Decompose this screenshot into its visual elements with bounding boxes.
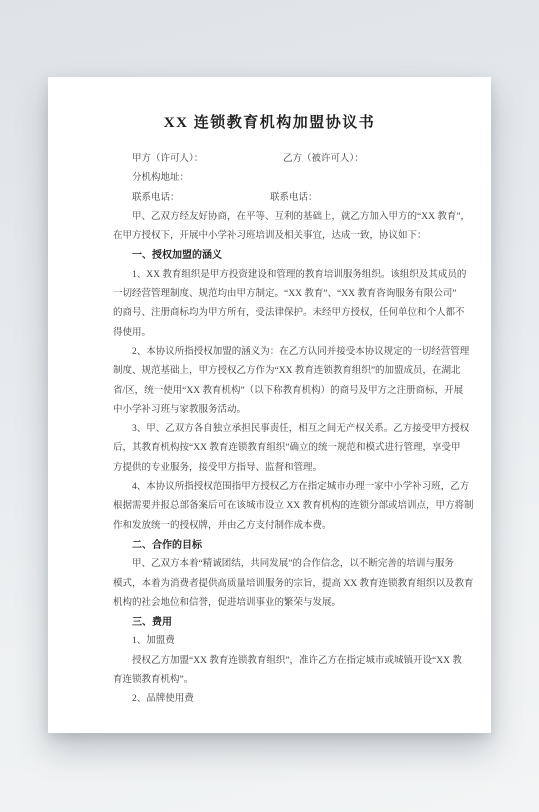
doc-line: 2、本协议所指授权加盟的涵义为：在乙方认同并接受本协议规定的一切经营管理 xyxy=(113,343,456,362)
document-title: XX 连锁教育机构加盟协议书 xyxy=(48,111,491,132)
doc-line: 甲、乙双方本着“精诚团结，共同发展”的合作信念，以不断完善的培训与服务 xyxy=(113,555,456,574)
doc-line-text: 一、授权加盟的涵义 xyxy=(132,250,222,261)
doc-line: 分机构地址： xyxy=(113,169,456,188)
doc-line: 授权乙方加盟“XX 教育连锁教育组织”，准许乙方在指定城市或城镇开设“XX 教 xyxy=(113,652,456,671)
doc-line-text: 2、品牌使用费 xyxy=(132,694,194,704)
doc-line-text: 甲、乙双方本着“精诚团结，共同发展”的合作信念，以不断完善的培训与服务 xyxy=(132,559,454,569)
doc-line-text: 的商号、注册商标均为甲方所有，受法律保护。未经甲方授权，任何单位和个人都不 xyxy=(113,308,465,318)
doc-line-text: 模式，本着为消费者提供高质量培训服务的宗旨，提高 XX 教育连锁教育组织以及教育 xyxy=(113,579,473,589)
doc-line-text: 作和发放统一的授权牌，并由乙方支付制作成本费。 xyxy=(113,521,332,531)
doc-line: 后，其教育机构按“XX 教育连锁教育组织”确立的统一规范和模式进行管理，享受甲 xyxy=(113,439,456,458)
doc-line: 甲方（许可人）：乙方（被许可人）： xyxy=(113,150,456,169)
doc-line-text: 分机构地址： xyxy=(132,173,189,183)
doc-line-text: 授权乙方加盟“XX 教育连锁教育组织”，准许乙方在指定城市或城镇开设“XX 教 xyxy=(132,656,462,666)
doc-line: 4、本协议所指授权范围指甲方授权乙方在指定城市办理一家中小学补习班，乙方 xyxy=(113,478,456,497)
doc-line-text: 2、本协议所指授权加盟的涵义为：在乙方认同并接受本协议规定的一切经营管理 xyxy=(132,347,469,357)
document-body: 甲方（许可人）：乙方（被许可人）：分机构地址：联系电话：联系电话：甲、乙双方经友… xyxy=(113,150,456,710)
doc-line-text: 制度、规范基础上，甲方授权乙方作为“XX 教育连锁教育组织”的加盟成员，在湖北 xyxy=(113,366,461,376)
doc-line-text: 3、甲、乙双方各自独立承担民事责任，相互之间无产权关系。乙方接受甲方授权 xyxy=(132,424,469,434)
doc-line-text: 三、费用 xyxy=(132,617,172,628)
doc-line: 甲、乙双方经友好协商，在平等、互利的基础上，就乙方加入甲方的“XX 教育”， xyxy=(113,208,456,227)
doc-line-text: 甲、乙双方经友好协商，在平等、互利的基础上，就乙方加入甲方的“XX 教育”， xyxy=(132,212,470,222)
doc-line: 中小学补习班与家教服务活动。 xyxy=(113,401,456,420)
doc-line: 联系电话：联系电话： xyxy=(113,189,456,208)
doc-line-text: 中小学补习班与家教服务活动。 xyxy=(113,405,246,415)
doc-line-text: 4、本协议所指授权范围指甲方授权乙方在指定城市办理一家中小学补习班，乙方 xyxy=(132,482,469,492)
doc-line-text: 后，其教育机构按“XX 教育连锁教育组织”确立的统一规范和模式进行管理，享受甲 xyxy=(113,443,461,453)
doc-line-text: 1、XX 教育组织是甲方投资建设和管理的教育培训服务组织。该组织及其成员的 xyxy=(132,270,466,280)
doc-heading-line: 三、费用 xyxy=(113,613,456,632)
doc-line-text-col2: 乙方（被许可人）： xyxy=(283,150,364,169)
doc-heading-line: 一、授权加盟的涵义 xyxy=(113,246,456,265)
doc-line: 2、品牌使用费 xyxy=(113,690,456,709)
doc-line: 育连锁教育机构”。 xyxy=(113,671,456,690)
doc-line-text: 甲方（许可人）： xyxy=(132,154,203,164)
doc-line: 根据需要并报总部备案后可在该城市设立 XX 教育机构的连锁分部或培训点，甲方将制 xyxy=(113,497,456,516)
doc-line: 得使用。 xyxy=(113,324,456,343)
doc-line-text: 1、加盟费 xyxy=(132,636,175,646)
doc-line-text: 育连锁教育机构”。 xyxy=(113,675,193,685)
doc-line-text: 省/区，统一使用“XX 教育机构”（以下称教育机构）的商号及甲方之注册商标，开展 xyxy=(113,386,463,396)
doc-line-text: 在甲方授权下，开展中小学补习班培训及相关事宜，达成一致，协议如下： xyxy=(113,231,427,241)
doc-line-text: 联系电话： xyxy=(132,193,180,203)
doc-line-text: 根据需要并报总部备案后可在该城市设立 XX 教育机构的连锁分部或培训点，甲方将制 xyxy=(113,501,473,511)
document-page: XX 连锁教育机构加盟协议书 甲方（许可人）：乙方（被许可人）：分机构地址：联系… xyxy=(48,77,491,733)
doc-line: 模式，本着为消费者提供高质量培训服务的宗旨，提高 XX 教育连锁教育组织以及教育 xyxy=(113,575,456,594)
doc-line: 一切经营管理制度、规范均由甲方制定。“XX 教育”、“XX 教育咨询服务有限公司… xyxy=(113,285,456,304)
doc-line: 制度、规范基础上，甲方授权乙方作为“XX 教育连锁教育组织”的加盟成员，在湖北 xyxy=(113,362,456,381)
doc-line-text: 机构的社会地位和信誉，促进培训事业的繁荣与发展。 xyxy=(113,598,341,608)
doc-line: 在甲方授权下，开展中小学补习班培训及相关事宜，达成一致，协议如下： xyxy=(113,227,456,246)
doc-line-text: 二、合作的目标 xyxy=(132,540,202,551)
doc-line-text-col2: 联系电话： xyxy=(270,189,318,208)
doc-line: 3、甲、乙双方各自独立承担民事责任，相互之间无产权关系。乙方接受甲方授权 xyxy=(113,420,456,439)
doc-line: 的商号、注册商标均为甲方所有，受法律保护。未经甲方授权，任何单位和个人都不 xyxy=(113,304,456,323)
page-background: { "page": { "background_top_color": "#df… xyxy=(0,0,539,812)
doc-line: 1、加盟费 xyxy=(113,632,456,651)
doc-line-text: 得使用。 xyxy=(113,328,151,338)
doc-line: 省/区，统一使用“XX 教育机构”（以下称教育机构）的商号及甲方之注册商标，开展 xyxy=(113,382,456,401)
doc-line: 1、XX 教育组织是甲方投资建设和管理的教育培训服务组织。该组织及其成员的 xyxy=(113,266,456,285)
doc-line-text: 一切经营管理制度、规范均由甲方制定。“XX 教育”、“XX 教育咨询服务有限公司… xyxy=(113,289,457,299)
doc-line: 方提供的专业服务，接受甲方指导、监督和管理。 xyxy=(113,459,456,478)
doc-line: 机构的社会地位和信誉，促进培训事业的繁荣与发展。 xyxy=(113,594,456,613)
doc-line: 作和发放统一的授权牌，并由乙方支付制作成本费。 xyxy=(113,517,456,536)
doc-heading-line: 二、合作的目标 xyxy=(113,536,456,555)
doc-line-text: 方提供的专业服务，接受甲方指导、监督和管理。 xyxy=(113,463,322,473)
